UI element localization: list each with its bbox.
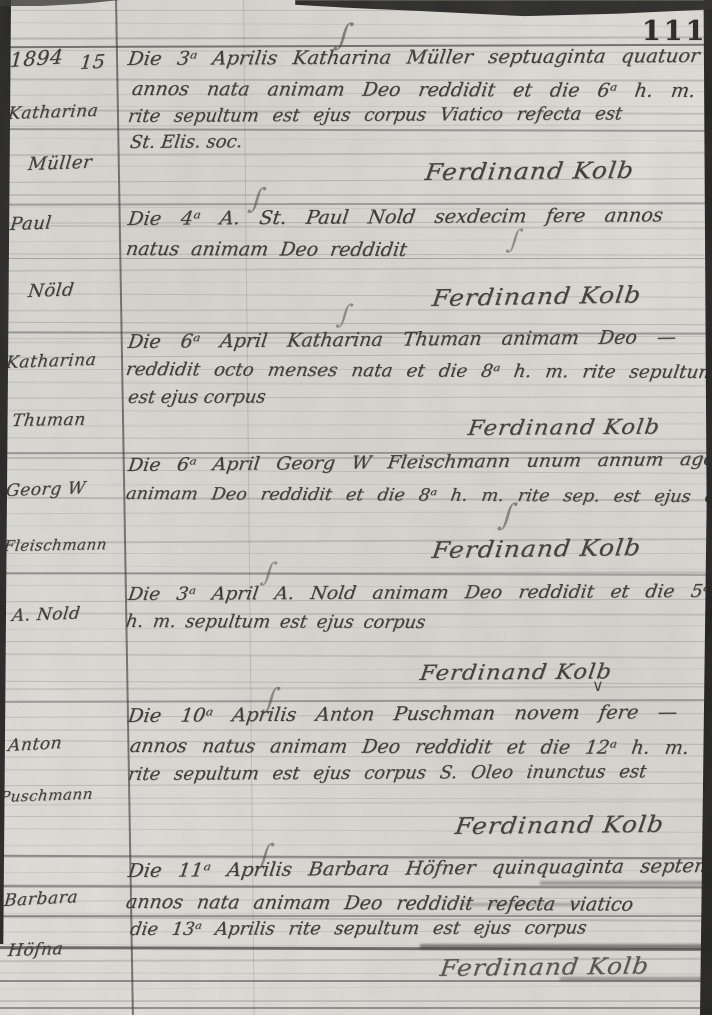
margin-name: Puschmann bbox=[0, 787, 94, 805]
margin-name: Katharina bbox=[5, 352, 97, 372]
record-text-line: annos natus animam Deo reddidit et die 1… bbox=[129, 737, 691, 758]
scan-edge-top bbox=[295, 0, 712, 17]
record-text-line: Die 3ᵃ Aprilis Katharina Müller septuagi… bbox=[127, 47, 701, 69]
ink-flourish-icon bbox=[504, 225, 525, 255]
record-text-line: Die 6ᵃ April Katharina Thuman animam Deo… bbox=[127, 328, 677, 352]
priest-signature: Ferdinand Kolb bbox=[439, 955, 651, 981]
record-text-line: animam Deo reddidit et die 8ᵃ h. m. rite… bbox=[125, 486, 712, 506]
margin-name: Katharina bbox=[7, 103, 99, 123]
scanned-death-register-page: 111 1894 15 Katharina Müller Paul Nöld K… bbox=[0, 0, 712, 1015]
record-text-line: Die 3ᵃ April A. Nold animam Deo reddidit… bbox=[127, 583, 711, 604]
priest-signature: Ferdinand Kolb bbox=[424, 160, 636, 185]
scan-edge-top-left bbox=[0, 0, 120, 6]
priest-signature: Ferdinand Kolb bbox=[419, 661, 614, 684]
margin-name: Paul bbox=[9, 215, 52, 234]
record-text-line: reddidit octo menses nata et die 8ᵃ h. m… bbox=[125, 361, 712, 382]
margin-name: Georg W bbox=[5, 480, 86, 500]
record-text-line: rite sepultum est ejus corpus Viatico re… bbox=[127, 105, 624, 126]
ink-flourish-icon bbox=[334, 300, 355, 330]
record-year: 1894 bbox=[9, 46, 64, 70]
margin-name: Fleischmann bbox=[3, 537, 108, 554]
margin-name: Barbara bbox=[3, 889, 78, 910]
margin-name: Müller bbox=[27, 154, 93, 174]
ink-smear bbox=[540, 881, 712, 885]
record-number: 15 bbox=[79, 53, 106, 73]
page-number: 111 bbox=[642, 16, 707, 47]
record-text-line: die 13ᵃ Aprilis rite sepultum est ejus c… bbox=[129, 919, 588, 939]
record-text-line: rite sepultum est ejus corpus S. Oleo in… bbox=[127, 763, 648, 784]
record-text-line: est ejus corpus bbox=[127, 389, 267, 407]
record-text-line: Die 10ᵃ Aprilis Anton Puschman novem fer… bbox=[127, 703, 679, 726]
record-text-line: annos nata animam Deo reddidit et die 6ᵃ… bbox=[131, 80, 712, 101]
scan-edge-left bbox=[0, 0, 11, 1015]
ink-smear bbox=[420, 944, 712, 949]
margin-name: A. Nold bbox=[11, 606, 81, 625]
priest-signature: Ferdinand Kolb bbox=[431, 284, 643, 311]
record-text-line: h. m. sepultum est ejus corpus bbox=[125, 613, 427, 632]
record-text-line: annos nata animam Deo reddidit refecta v… bbox=[125, 893, 635, 915]
priest-signature: Ferdinand Kolb bbox=[431, 537, 643, 563]
record-text-line: Die 6ᵃ April Georg W Fleischmann unum an… bbox=[127, 451, 712, 475]
record-text-line: Die 11ᵃ Aprilis Barbara Höfner quinquagi… bbox=[127, 857, 712, 881]
priest-signature: Ferdinand Kolb bbox=[454, 814, 666, 839]
record-text-line: Die 4ᵃ A. St. Paul Nold sexdecim fere an… bbox=[127, 206, 664, 229]
record-text-line: natus animam Deo reddidit bbox=[125, 240, 408, 260]
record-text-line: St. Elis. soc. bbox=[129, 133, 244, 152]
margin-name: Höfna bbox=[7, 941, 64, 960]
margin-name: Nöld bbox=[27, 281, 75, 301]
margin-name: Anton bbox=[7, 735, 63, 755]
priest-signature: Ferdinand Kolb bbox=[467, 417, 662, 439]
margin-name: Thuman bbox=[11, 412, 87, 430]
